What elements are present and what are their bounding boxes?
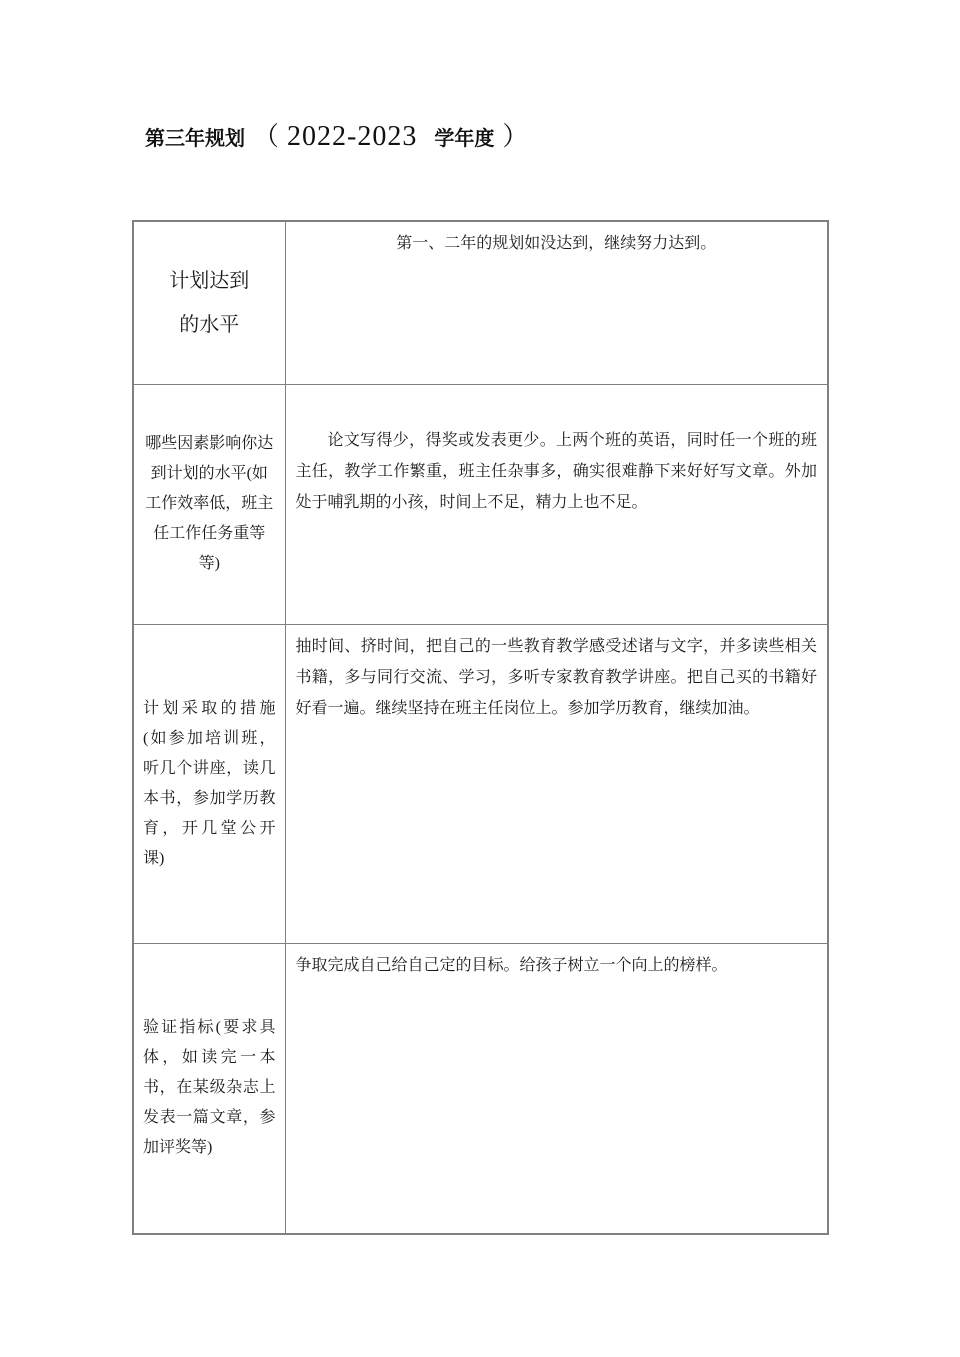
plan-table: 计划达到 的水平 第一、二年的规划如没达到，继续努力达到。 哪些因素影响你达到计… (132, 220, 829, 1235)
title-year: 2022-2023 (287, 121, 417, 152)
table-row-influencing-factors: 哪些因素影响你达到计划的水平(如工作效率低，班主任工作任务重等等) 论文写得少，… (133, 384, 828, 624)
document-title: 第三年规划 （ 2022-2023 学年度 ） (145, 116, 528, 162)
row-content-text: 第一、二年的规划如没达到，继续努力达到。 (296, 226, 818, 259)
row-label-level-achieved: 计划达到 的水平 (133, 221, 285, 384)
row-content-text: 争取完成自己给自己定的目标。给孩子树立一个向上的榜样。 (296, 948, 818, 981)
row-label-verification-indicators: 验证指标(要求具体，如读完一本书，在某级杂志上发表一篇文章，参加评奖等) (133, 943, 285, 1234)
row-content-level-achieved: 第一、二年的规划如没达到，继续努力达到。 (285, 221, 828, 384)
row-label-planned-measures: 计划采取的措施(如参加培训班，听几个讲座，读几本书，参加学历教育，开几堂公开课) (133, 624, 285, 943)
title-suffix: 学年度 (434, 128, 494, 150)
row-content-verification-indicators: 争取完成自己给自己定的目标。给孩子树立一个向上的榜样。 (285, 943, 828, 1234)
title-paren-open: （ (253, 122, 279, 151)
plan-table-body: 计划达到 的水平 第一、二年的规划如没达到，继续努力达到。 哪些因素影响你达到计… (133, 221, 828, 1234)
row-content-text: 论文写得少，得奖或发表更少。上两个班的英语，同时任一个班的班主任，教学工作繁重，… (296, 389, 818, 518)
title-prefix: 第三年规划 (145, 128, 245, 150)
table-row-verification-indicators: 验证指标(要求具体，如读完一本书，在某级杂志上发表一篇文章，参加评奖等) 争取完… (133, 943, 828, 1234)
table-row-level-achieved: 计划达到 的水平 第一、二年的规划如没达到，继续努力达到。 (133, 221, 828, 384)
title-paren-close: ） (502, 122, 528, 151)
row-label-influencing-factors: 哪些因素影响你达到计划的水平(如工作效率低，班主任工作任务重等等) (133, 384, 285, 624)
row-content-planned-measures: 抽时间、挤时间，把自己的一些教育教学感受述诸与文字，并多读些相关书籍，多与同行交… (285, 624, 828, 943)
document-page: 第三年规划 （ 2022-2023 学年度 ） 计划达到 的水平 第一、二年的规… (0, 0, 960, 1357)
row-content-text: 抽时间、挤时间，把自己的一些教育教学感受述诸与文字，并多读些相关书籍，多与同行交… (296, 629, 818, 724)
row-content-influencing-factors: 论文写得少，得奖或发表更少。上两个班的英语，同时任一个班的班主任，教学工作繁重，… (285, 384, 828, 624)
table-row-planned-measures: 计划采取的措施(如参加培训班，听几个讲座，读几本书，参加学历教育，开几堂公开课)… (133, 624, 828, 943)
